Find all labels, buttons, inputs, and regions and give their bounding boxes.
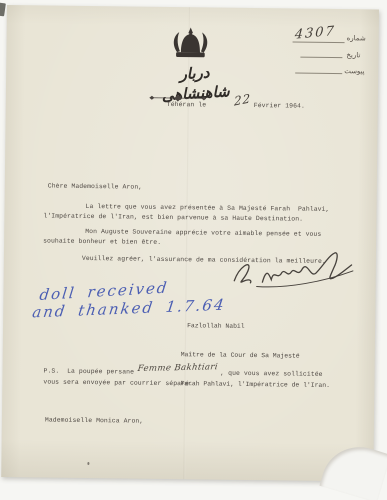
dateline-rest: Février 1964.	[254, 101, 305, 111]
enclosure-field-line	[295, 73, 342, 75]
dateline-day-handwritten: 22	[234, 91, 251, 109]
postscript-handwritten-insert: Femme Bakhtiari	[137, 363, 218, 374]
ink-speck	[87, 462, 89, 465]
reference-number-handwritten: 4307	[294, 24, 336, 43]
postscript-line2: vous sera envoyée par courrier séparé.	[43, 377, 193, 388]
field-label-enclosure: پیوست	[344, 67, 365, 75]
field-label-date: تاریخ	[346, 51, 360, 59]
signatory-name: Fazlollah Nabil	[181, 321, 331, 332]
field-label-number: شماره	[347, 34, 366, 42]
paragraph2-line2: souhaite bonheur et bien être.	[43, 236, 161, 246]
torn-corner	[319, 438, 387, 500]
dateline-place: Téhéran le	[167, 100, 206, 109]
date-field-line	[300, 57, 342, 59]
salutation: Chère Mademoiselle Aron,	[48, 182, 143, 192]
scan-corner-artifact	[0, 3, 6, 17]
handwritten-signature	[228, 252, 355, 290]
paragraph1-line2: l'Impératrice de l'Iran, est bien parven…	[43, 211, 303, 223]
signatory-title-line2: Farah Pahlavi, l'Impératrice de l'Iran.	[180, 379, 330, 390]
postscript-line1-post: , que vous avez sollicitée	[220, 370, 322, 378]
pahlavi-crown-icon	[169, 25, 211, 63]
addressee-line: Mademoiselle Monica Aron,	[45, 415, 143, 425]
letter-paper: دربار شاهنشاهی 4307 شماره تاریخ پیوست Té…	[1, 5, 379, 482]
signature-block: Fazlollah Nabil Maître de la Cour de Sa …	[180, 302, 331, 409]
signatory-title-line1: Maître de la Cour de Sa Majesté	[181, 350, 331, 361]
reference-number-line	[293, 41, 345, 43]
scanned-letter: دربار شاهنشاهی 4307 شماره تاریخ پیوست Té…	[0, 0, 387, 500]
decorative-divider-icon	[149, 89, 207, 98]
postscript-line1-pre: P.S. La poupée persane	[43, 367, 134, 375]
